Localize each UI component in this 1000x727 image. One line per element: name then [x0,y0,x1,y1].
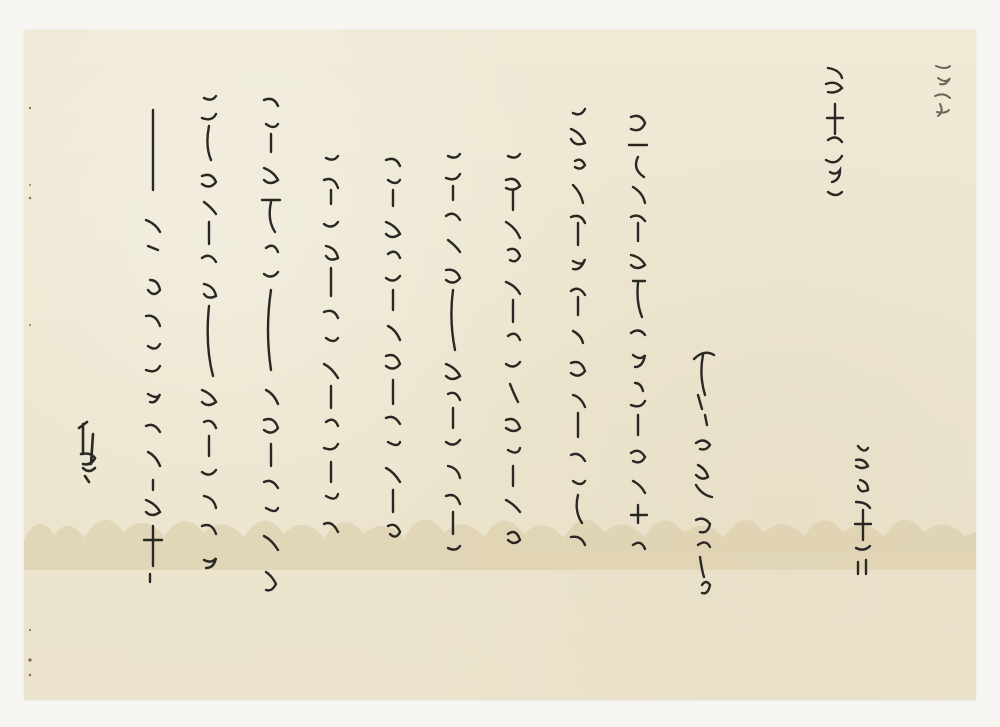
address-column [850,440,876,580]
body-column-10 [140,80,166,680]
body-column-7 [318,150,344,675]
body-column-1 [690,345,716,700]
body-column-4 [500,150,526,675]
body-column-2 [625,105,651,680]
body-column-5 [440,150,466,675]
body-column-3 [565,105,591,675]
paper-sheet [24,30,976,700]
paper-edge-wear [27,70,33,690]
body-column-9 [196,90,222,680]
header-column-1 [930,60,956,120]
body-column-6 [380,150,406,675]
signature-mark [75,420,101,485]
header-column-2 [822,60,848,210]
body-column-8 [258,90,284,675]
